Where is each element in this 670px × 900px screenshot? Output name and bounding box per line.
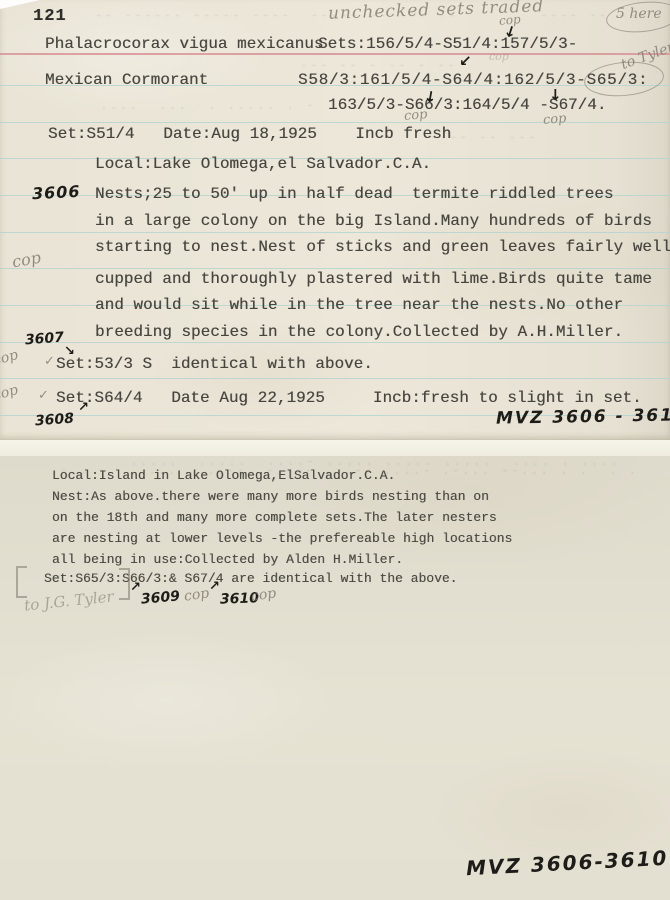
entry-line: in a large colony on the big Island.Many… — [95, 213, 652, 231]
entry-line: Set:53/3 S identical with above. — [56, 356, 373, 374]
entry-line: cupped and thoroughly plastered with lim… — [95, 271, 652, 289]
pencil-bracket — [16, 566, 28, 598]
arrow-up-right-icon: ↗ — [130, 580, 141, 595]
scanned-catalog-card: -- ------ ----- ---- ----- ------ -- ---… — [0, 0, 670, 900]
entry-line: Local:Island in Lake Olomega,ElSalvador.… — [52, 469, 395, 483]
species-name: Phalacrocorax vigua mexicanus — [45, 36, 323, 54]
pencil-note-cop: cop — [403, 107, 428, 124]
pencil-note-cop: cop — [542, 111, 567, 128]
entry-line: Set:S51/4 Date:Aug 18,1925 Incb fresh — [48, 126, 451, 144]
mvz-range-note: MVZ 3606-3610 — [466, 846, 669, 881]
check-icon: ✓ — [38, 388, 49, 403]
ruled-line — [0, 232, 670, 233]
entry-line: and would sit while in the tree near the… — [95, 297, 623, 315]
ruled-line — [0, 268, 670, 269]
mvz-range-note: MVZ 3606 - 3610 — [496, 405, 670, 428]
entry-line: are nesting at lower levels -the prefere… — [52, 532, 512, 546]
entry-line: on the 18th and many more complete sets.… — [52, 511, 497, 525]
sets-line: Sets:156/5/4-S51/4:157/5/3- — [318, 36, 577, 54]
ghost-typed-row: .... ... . ..... . - — [100, 98, 316, 113]
pencil-note-cop: cop — [250, 585, 277, 604]
entry-line: Nest:As above.there were many more birds… — [52, 490, 489, 504]
ruled-line — [0, 378, 670, 379]
catalog-card-front: -- ------ ----- ---- ----- ------ -- ---… — [0, 0, 670, 440]
entry-line: breeding species in the colony.Collected… — [95, 324, 623, 342]
entry-line: Local:Lake Olomega,el Salvador.C.A. — [95, 156, 431, 174]
ruled-line — [0, 122, 670, 123]
entry-line: all being in use:Collected by Alden H.Mi… — [52, 553, 403, 567]
pencil-note-cop: cop — [489, 50, 509, 63]
entry-line: Nests;25 to 50' up in half dead termite … — [95, 186, 613, 204]
entry-line: Set:S65/3:S66/3:& S67/4 are identical wi… — [44, 572, 457, 586]
pencil-note-cop: cop — [0, 382, 20, 404]
pencil-note-to-tyler: to J.G. Tyler — [23, 587, 114, 614]
pencil-note-cop: cop — [183, 585, 210, 604]
catalog-card-back: ..... ..... ....- ..... ..... ..... ....… — [0, 456, 670, 900]
arrow-down-right-icon: ↘ — [64, 344, 75, 359]
check-icon: ✓ — [44, 354, 55, 369]
specimen-number: 3609 — [140, 588, 180, 607]
arrow-up-right-icon: ↗ — [78, 400, 89, 415]
arrow-down-left-icon: ↙ — [459, 52, 472, 70]
specimen-number: 3606 — [32, 182, 81, 204]
specimen-number: 3607 — [24, 330, 64, 349]
entry-line: Set:S64/4 Date Aug 22,1925 Incb:fresh to… — [56, 390, 642, 408]
arrow-up-right-icon: ↗ — [209, 579, 220, 594]
ruled-line — [0, 342, 670, 343]
common-name: Mexican Cormorant — [45, 72, 208, 90]
pencil-note-cop: cop — [0, 347, 20, 369]
page-number: 121 — [33, 8, 67, 27]
pencil-bracket — [118, 568, 130, 600]
specimen-number: 3608 — [34, 411, 74, 430]
entry-line: starting to nest.Nest of sticks and gree… — [95, 239, 670, 257]
pencil-note-five-here: 5 here — [616, 6, 662, 22]
arrow-down-icon: ↓ — [549, 86, 562, 104]
